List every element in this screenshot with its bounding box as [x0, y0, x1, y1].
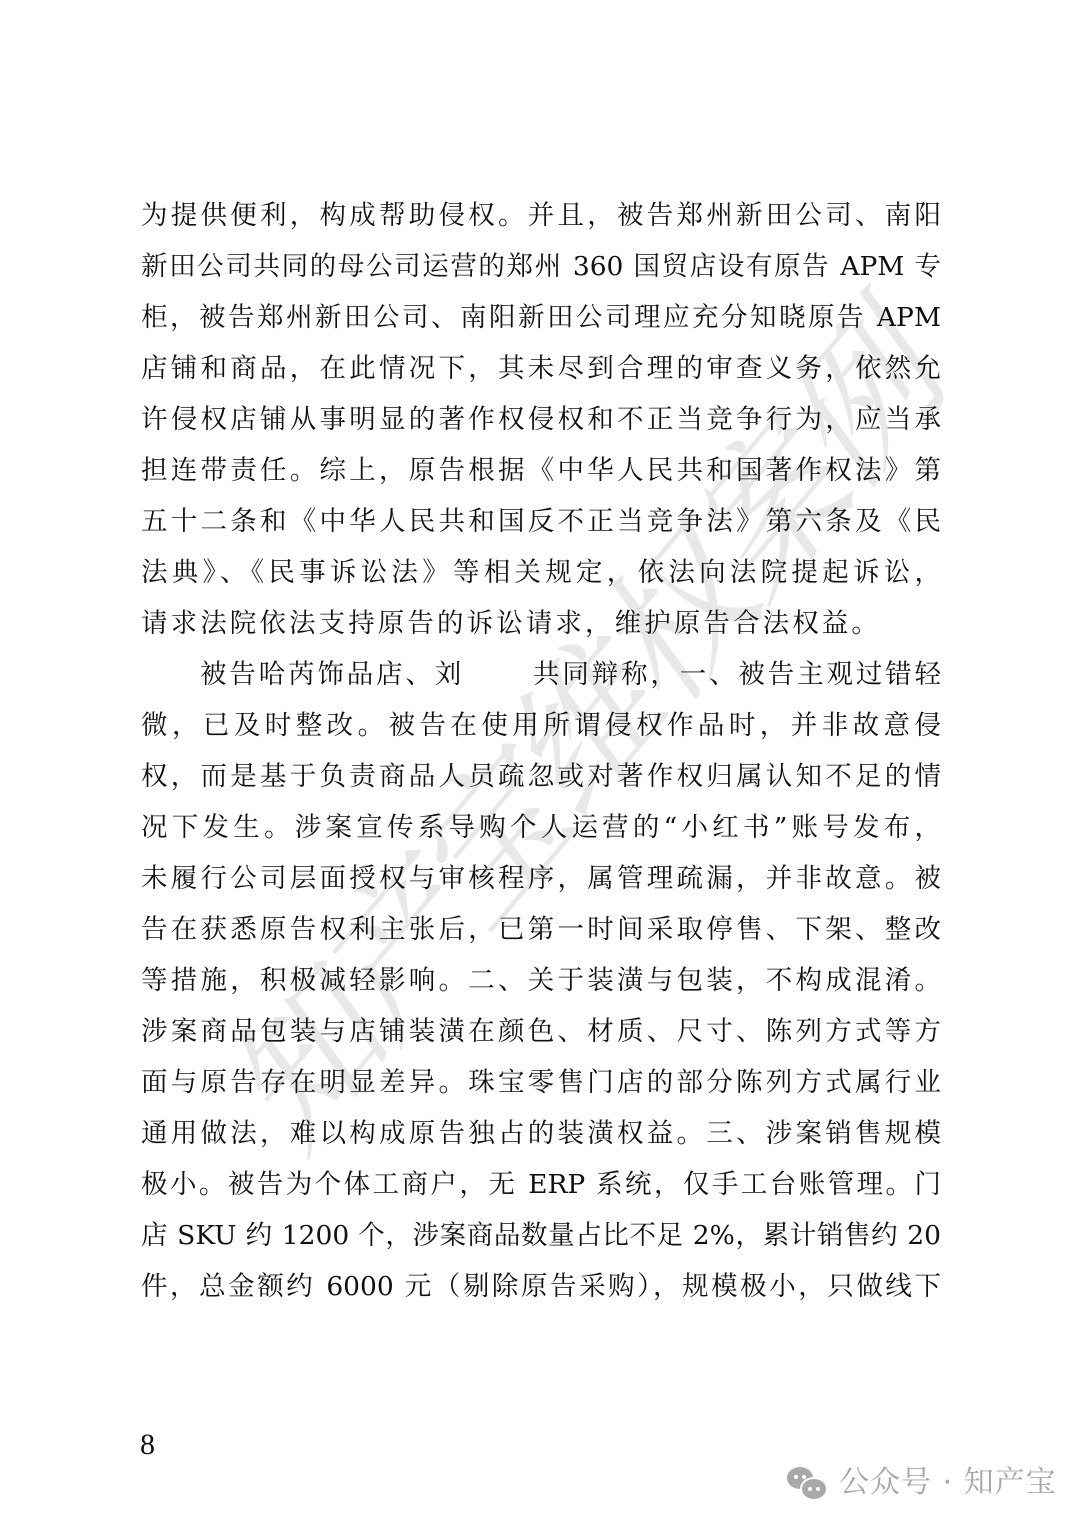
text-line: 面与原告存在明显差异。珠宝零售门店的部分陈列方式属行业: [141, 1057, 941, 1108]
page-number: 8: [140, 1428, 155, 1462]
text-line: 等措施，积极减轻影响。二、关于装潢与包装，不构成混淆。: [141, 955, 941, 1006]
text-line: 店铺和商品，在此情况下，其未尽到合理的审查义务，依然允: [141, 343, 941, 394]
text-line: 店 SKU 约 1200 个，涉案商品数量占比不足 2%，累计销售约 20: [141, 1210, 941, 1261]
text-line: 微，已及时整改。被告在使用所谓侵权作品时，并非故意侵: [141, 700, 941, 751]
text-line: 法典》、《民事诉讼法》等相关规定，依法向法院提起诉讼，: [141, 547, 941, 598]
defendant-names: 被告哈芮饰品店、刘: [200, 659, 464, 690]
text-line: 担连带责任。综上，原告根据《中华人民共和国著作权法》第: [141, 445, 941, 496]
paragraph-2: 被告哈芮饰品店、刘共同辩称，一、被告主观过错轻 微，已及时整改。被告在使用所谓侵…: [141, 649, 941, 1312]
text-line: 请求法院依法支持原告的诉讼请求，维护原告合法权益。: [141, 598, 941, 649]
text-line: 为提供便利，构成帮助侵权。并且，被告郑州新田公司、南阳: [141, 190, 941, 241]
text-line: 许侵权店铺从事明显的著作权侵权和不正当竞争行为，应当承: [141, 394, 941, 445]
text-line: 新田公司共同的母公司运营的郑州 360 国贸店设有原告 APM 专: [141, 241, 941, 292]
account-name: 公众号 · 知产宝: [839, 1463, 1057, 1503]
text-line: 况下发生。涉案宣传系导购个人运营的“小红书”账号发布，: [141, 802, 941, 853]
text-line: 五十二条和《中华人民共和国反不正当竞争法》第六条及《民: [141, 496, 941, 547]
document-body: 为提供便利，构成帮助侵权。并且，被告郑州新田公司、南阳 新田公司共同的母公司运营…: [141, 190, 941, 1312]
wechat-icon: [787, 1465, 829, 1501]
defense-start: 共同辩称，一、被告主观过错轻: [530, 659, 941, 690]
paragraph-1: 为提供便利，构成帮助侵权。并且，被告郑州新田公司、南阳 新田公司共同的母公司运营…: [141, 190, 941, 649]
text-line: 通用做法，难以构成原告独占的装潢权益。三、涉案销售规模: [141, 1108, 941, 1159]
text-line: 件，总金额约 6000 元（剔除原告采购），规模极小，只做线下: [141, 1261, 941, 1312]
text-line: 权，而是基于负责商品人员疏忽或对著作权归属认知不足的情: [141, 751, 941, 802]
text-line: 极小。被告为个体工商户，无 ERP 系统，仅手工台账管理。门: [141, 1159, 941, 1210]
footer-brand[interactable]: 公众号 · 知产宝: [787, 1463, 1057, 1503]
text-line: 涉案商品包装与店铺装潢在颜色、材质、尺寸、陈列方式等方: [141, 1006, 941, 1057]
text-line-first: 被告哈芮饰品店、刘共同辩称，一、被告主观过错轻: [141, 649, 941, 700]
text-line: 告在获悉原告权利主张后，已第一时间采取停售、下架、整改: [141, 904, 941, 955]
text-line: 未履行公司层面授权与审核程序，属管理疏漏，并非故意。被: [141, 853, 941, 904]
document-page: 知产宝维权案例 为提供便利，构成帮助侵权。并且，被告郑州新田公司、南阳 新田公司…: [0, 0, 1080, 1526]
text-line: 柜，被告郑州新田公司、南阳新田公司理应充分知晓原告 APM: [141, 292, 941, 343]
